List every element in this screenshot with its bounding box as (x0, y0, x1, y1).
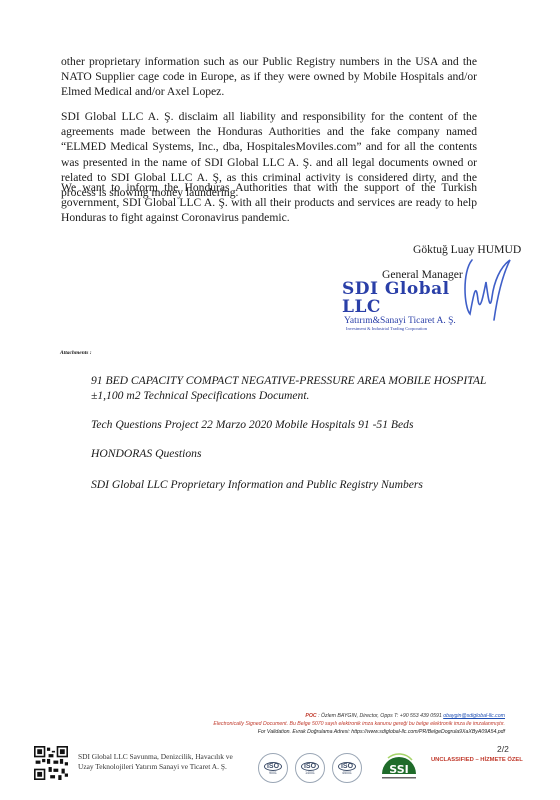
paragraph-1: other proprietary information such as ou… (61, 54, 477, 100)
company-stamp: SDI Global LLC Yatırım&Sanayi Ticaret A.… (342, 280, 462, 331)
page-number: 2/2 (497, 744, 509, 754)
stamp-subtitle: Yatırım&Sanayi Ticaret A. Ş. (344, 316, 462, 326)
company-line: SDI Global LLC Savunma, Denizcilik, Hava… (78, 752, 233, 762)
stamp-line: Investment & Industrial Trading Corporat… (346, 326, 462, 331)
ssi-logo-icon: SSI (378, 744, 420, 784)
esign-notice: Electronically Signed Document. Bu Belge… (213, 720, 505, 728)
company-line: Uzay Teknolojileri Yatırım Sanayi ve Tic… (78, 762, 233, 772)
qr-code-icon (34, 746, 68, 780)
poc-line: POC : Özlem BAYGIN, Director, Opps T: +9… (213, 712, 505, 720)
attachment-item: HONDORAS Questions (91, 446, 201, 461)
svg-text:SSI: SSI (389, 763, 408, 776)
handwritten-signature-icon (460, 252, 520, 327)
iso-label: ISO (264, 762, 282, 771)
poc-email-link[interactable]: obaygin@sdiglobal-llc.com (443, 713, 505, 719)
attachments-label: Attachments : (60, 350, 92, 356)
attachment-item: 91 BED CAPACITY COMPACT NEGATIVE-PRESSUR… (91, 373, 486, 403)
iso-45001-badge: ISO45001 (332, 753, 362, 783)
attachment-item: Tech Questions Project 22 Marzo 2020 Mob… (91, 417, 413, 432)
attachment-line: ±1,100 m2 Technical Specifications Docum… (91, 388, 486, 403)
iso-label: ISO (338, 762, 356, 771)
stamp-company: SDI Global LLC (342, 280, 462, 316)
company-address: SDI Global LLC Savunma, Denizcilik, Hava… (78, 752, 233, 772)
iso-9001-badge: ISO9001 (258, 753, 288, 783)
paragraph-3: We want to inform the Honduras Authoriti… (61, 180, 477, 226)
attachment-line: 91 BED CAPACITY COMPACT NEGATIVE-PRESSUR… (91, 373, 486, 388)
poc-text: : Özlem BAYGIN, Director, Opps T: +90 55… (317, 713, 444, 719)
iso-number: 14001 (305, 771, 315, 775)
attachment-item: SDI Global LLC Proprietary Information a… (91, 477, 423, 492)
iso-number: 9001 (269, 771, 277, 775)
footer-contact: POC : Özlem BAYGIN, Director, Opps T: +9… (213, 712, 505, 736)
validation-link[interactable]: For Validation. Evrak Doğrulama Adresi: … (213, 728, 505, 736)
iso-14001-badge: ISO14001 (295, 753, 325, 783)
iso-label: ISO (301, 762, 319, 771)
iso-number: 45001 (342, 771, 352, 775)
poc-label: POC (305, 713, 316, 719)
classification-label: UNCLASSIFIED – HİZMETE ÖZEL (431, 757, 523, 763)
